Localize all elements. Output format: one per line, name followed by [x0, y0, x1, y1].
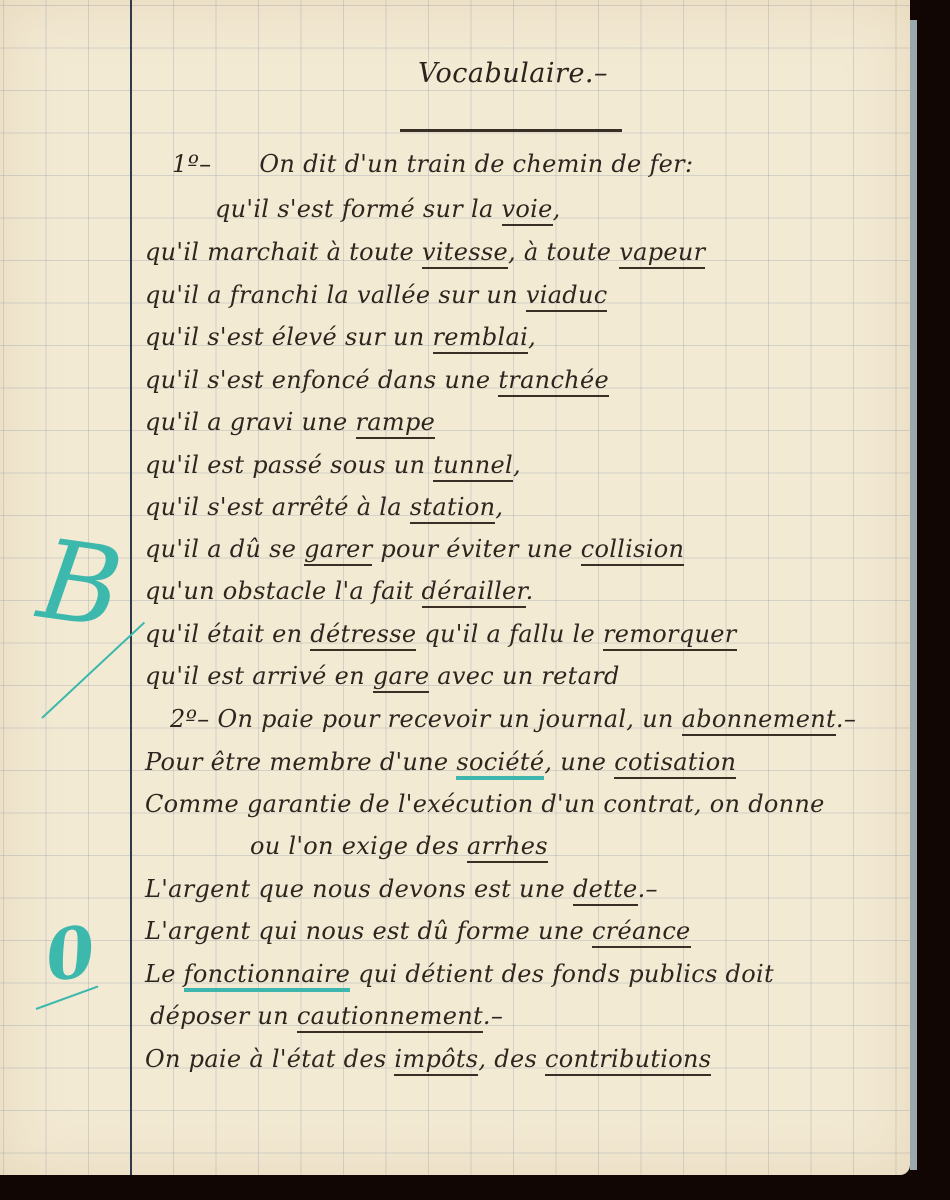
vocab-term: vitesse [422, 238, 508, 269]
vocab-term: vapeur [619, 238, 705, 269]
vocab-term: abonnement [682, 705, 836, 736]
vocab-term: garer [304, 535, 372, 566]
vocab-line: déposer un cautionnement.– [150, 1002, 503, 1030]
vocab-line: Pour être membre d'une société, une coti… [145, 748, 736, 776]
vocab-line: L'argent que nous devons est une dette.– [145, 875, 658, 903]
vocab-term: dette [573, 875, 638, 906]
vocab-line: qu'il s'est enfoncé dans une tranchée [145, 366, 609, 394]
vocab-term: dérailler [422, 577, 526, 608]
teacher-correction-mark: fonctionnaire [184, 960, 350, 992]
teacher-correction-mark: société [456, 748, 544, 780]
vocab-line: 2º–On paie pour recevoir un journal, un … [170, 705, 856, 733]
vocab-term: viaduc [526, 281, 608, 312]
section1-heading: 1º– On dit d'un train de chemin de fer: [172, 150, 693, 178]
vocab-line: qu'il s'est formé sur la voie, [215, 195, 561, 223]
vocab-line: L'argent qui nous est dû forme une créan… [145, 917, 691, 945]
vocab-term: créance [592, 917, 691, 948]
vocab-line: qu'il marchait à toute vitesse, à toute … [145, 238, 705, 266]
vocab-term: impôts [394, 1045, 478, 1076]
vocab-term: détresse [310, 620, 416, 651]
vocab-term: remblai [433, 323, 529, 354]
vocab-line: ou l'on exige des arrhes [250, 832, 548, 860]
vocab-line: qu'il a dû se garer pour éviter une coll… [145, 535, 684, 563]
vocab-line: Le fonctionnaire qui détient des fonds p… [145, 960, 774, 988]
teacher-grade-mark: B [31, 515, 129, 653]
page-edge [910, 20, 917, 1170]
vocab-term: arrhes [467, 832, 548, 863]
vocab-term: station [410, 493, 496, 524]
title-underline [400, 129, 622, 132]
vocab-term: rampe [356, 408, 436, 439]
vocab-line: qu'il est passé sous un tunnel, [145, 451, 521, 479]
vocab-line: On paie à l'état des impôts, des contrib… [145, 1045, 711, 1073]
vocab-line: Comme garantie de l'exécution d'un contr… [145, 790, 825, 818]
vocab-line: qu'il a franchi la vallée sur un viaduc [145, 281, 607, 309]
vocab-term: cautionnement [297, 1002, 483, 1033]
vocab-term: contributions [545, 1045, 711, 1076]
teacher-grade-mark: 0 [40, 909, 100, 998]
page-title: Vocabulaire.– [418, 58, 608, 89]
vocab-term: tranchée [498, 366, 609, 397]
notebook-page: Vocabulaire.– 1º– On dit d'un train de c… [0, 0, 910, 1175]
vocab-term: tunnel [433, 451, 513, 482]
vocab-term: collision [581, 535, 685, 566]
vocab-term: cotisation [614, 748, 736, 779]
section1-number: 1º– [172, 150, 211, 178]
vocab-line: qu'il est arrivé en gare avec un retard [145, 662, 620, 690]
vocab-line: qu'il s'est arrêté à la station, [145, 493, 503, 521]
vocab-line: qu'il a gravi une rampe [145, 408, 435, 436]
vocab-term: voie [502, 195, 553, 226]
vocab-line: qu'il était en détresse qu'il a fallu le… [145, 620, 737, 648]
vocab-term: remorquer [603, 620, 737, 651]
vocab-line: qu'il s'est élevé sur un remblai, [145, 323, 536, 351]
margin-line [130, 0, 132, 1175]
vocab-term: gare [373, 662, 430, 693]
section1-intro: On dit d'un train de chemin de fer: [259, 150, 693, 178]
vocab-line: qu'un obstacle l'a fait dérailler. [145, 577, 534, 605]
section2-number: 2º– [170, 705, 209, 733]
